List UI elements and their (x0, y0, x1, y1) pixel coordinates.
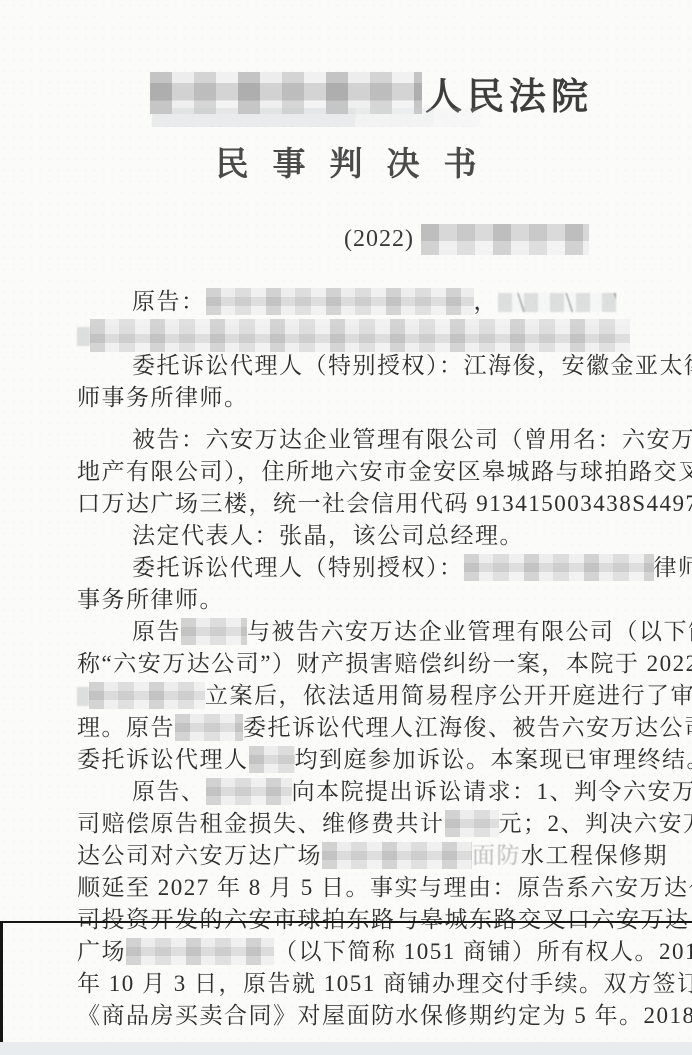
line-text: 立案后，依法适用简易程序公开开庭进行了审 (205, 683, 692, 708)
line-text: 广场 (77, 939, 126, 964)
faint-residual-text (77, 687, 89, 706)
faint-residual-text (498, 293, 616, 312)
redaction-block (464, 554, 654, 581)
document-title: 民事判决书 (0, 138, 692, 185)
text-line: 口万达广场三楼，统一社会信用代码 913415003438S44979。 (77, 489, 692, 519)
text-line: 年 10 月 3 日，原告就 1051 商铺办理交付手续。双方签订的 (77, 969, 692, 999)
text-line: 被告：六安万达企业管理有限公司（曾用名：六安万达 (132, 425, 692, 455)
line-text: 原告、 (132, 779, 206, 804)
line-text: 水工程保修期 (521, 843, 668, 868)
line-text: 律师 (654, 555, 692, 580)
text-line: 立案后，依法适用简易程序公开开庭进行了审 (77, 681, 692, 711)
redaction-block (322, 842, 472, 869)
text-line: 原告、向本院提出诉讼请求：1、判令六安万达公 (132, 777, 692, 807)
line-text: 事务所律师。 (77, 587, 224, 612)
line-text: 师事务所律师。 (77, 385, 249, 410)
text-line: 委托诉讼代理人均到庭参加诉讼。本案现已审理终结。 (77, 745, 692, 775)
line-text: 司赔偿原告租金损失、维修费共计 (77, 811, 445, 836)
case-number-row: (2022) (344, 224, 589, 255)
text-line: 委托诉讼代理人（特别授权）：江海俊，安徽金亚太律 (132, 351, 692, 381)
line-text: 与被告六安万达企业管理有限公司（以下简 (247, 619, 692, 644)
faint-partial-text: 面防 (472, 843, 521, 868)
line-text: 委托诉讼代理人（特别授权）： (132, 555, 464, 580)
line-text: 原告 (132, 619, 181, 644)
line-text: 口万达广场三楼，统一社会信用代码 913415003438S44979。 (77, 491, 692, 516)
line-text: 《商品房买卖合同》对屋面防水保修期约定为 5 年。2018 年 (77, 1003, 692, 1028)
case-number-redaction (421, 224, 589, 255)
line-text: 法定代表人：张晶，该公司总经理。 (132, 523, 524, 548)
redaction-block (175, 714, 243, 741)
line-text: （以下简称 1051 商铺）所有权人。2017 (274, 939, 692, 964)
text-line: 事务所律师。 (77, 585, 224, 615)
text-line: 《商品房买卖合同》对屋面防水保修期约定为 5 年。2018 年 (77, 1001, 692, 1031)
line-text: 理。原告 (77, 715, 175, 740)
line-text: 元；2、判决六安万 (499, 811, 692, 836)
text-line: 达公司对六安万达广场面防水工程保修期 (77, 841, 668, 871)
text-line: 原告：， (132, 287, 616, 317)
redaction-block (206, 288, 474, 315)
text-line: 理。原告委托诉讼代理人江海俊、被告六安万达公司 (77, 713, 692, 743)
line-text: 委托诉讼代理人 (77, 747, 249, 772)
redaction-block (181, 618, 247, 645)
line-text: ， (474, 289, 499, 314)
line-text: 原告： (132, 289, 206, 314)
line-text: 委托诉讼代理人（特别授权）：江海俊，安徽金亚太律 (132, 353, 692, 378)
text-line: 司投资开发的六安市球拍东路与皋城东路交叉口六安万达 (77, 905, 690, 935)
text-line: 师事务所律师。 (77, 383, 249, 413)
line-text: 年 10 月 3 日，原告就 1051 商铺办理交付手续。双方签订的 (77, 971, 692, 996)
line-text: 达公司对六安万达广场 (77, 843, 322, 868)
text-line: 顺延至 2027 年 8 月 5 日。事实与理由：原告系六安万达公 (77, 873, 692, 903)
redaction-block (445, 810, 499, 837)
scan-line-horizontal (0, 921, 692, 923)
redaction-tail (152, 108, 481, 127)
scan-line-vertical (0, 921, 3, 1043)
text-line: 称“六安万达公司”）财产损害赔偿纠纷一案，本院于 2022 (77, 649, 692, 679)
redaction-block (206, 778, 292, 805)
text-line: 广场（以下简称 1051 商铺）所有权人。2017 (77, 937, 692, 967)
line-text: 被告：六安万达企业管理有限公司（曾用名：六安万达 (132, 427, 692, 452)
redaction-block (89, 682, 205, 709)
redaction-block (249, 746, 295, 773)
line-text: 司投资开发的六安市球拍东路与皋城东路交叉口六安万达 (77, 907, 690, 932)
line-text: 均到庭参加诉讼。本案现已审理终结。 (295, 747, 692, 772)
text-line: 法定代表人：张晶，该公司总经理。 (132, 521, 524, 551)
redaction-block (126, 938, 274, 965)
text-line: 地产有限公司），住所地六安市金安区皋城路与球拍路交叉 (77, 457, 692, 487)
judgment-page: 人民法院 民事判决书 (2022) 原告：，委托诉讼代理人（特别授权）：江海俊，… (0, 0, 692, 1055)
faint-residual-text (77, 327, 90, 346)
line-text: 称“六安万达公司”）财产损害赔偿纠纷一案，本院于 2022 (77, 651, 692, 676)
case-year: (2022) (344, 226, 414, 253)
line-text: 委托诉讼代理人江海俊、被告六安万达公司 (243, 715, 692, 740)
text-line: 原告与被告六安万达企业管理有限公司（以下简 (132, 617, 692, 647)
text-line: 委托诉讼代理人（特别授权）：律师 (132, 553, 692, 583)
redaction-block (90, 319, 630, 352)
line-text: 顺延至 2027 年 8 月 5 日。事实与理由：原告系六安万达公 (77, 875, 692, 900)
line-text: 地产有限公司），住所地六安市金安区皋城路与球拍路交叉 (77, 459, 692, 484)
text-line (77, 319, 630, 352)
line-text: 向本院提出诉讼请求：1、判令六安万达公 (292, 779, 692, 804)
text-line: 司赔偿原告租金损失、维修费共计元；2、判决六安万 (77, 809, 692, 839)
page-bottom-strip (0, 1042, 692, 1055)
